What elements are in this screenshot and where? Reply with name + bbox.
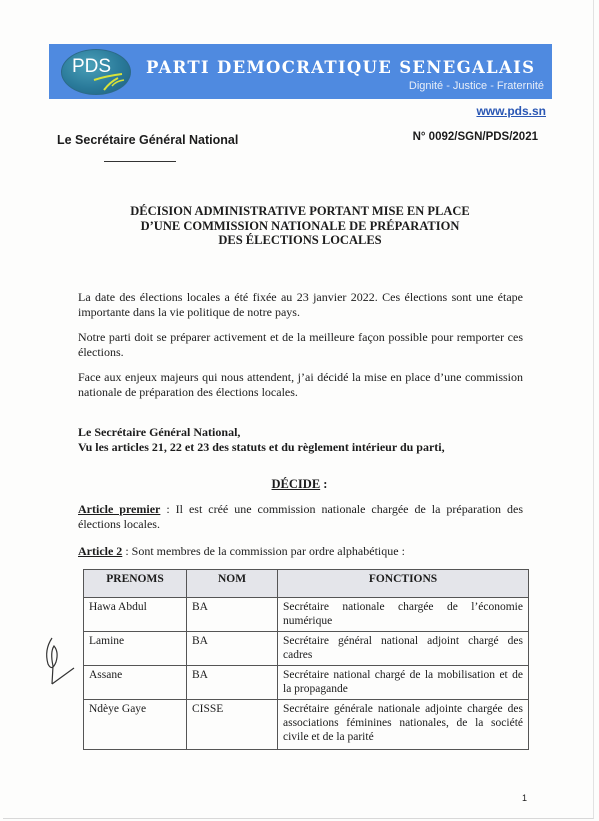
decide-colon: : (320, 477, 327, 491)
sender-underline (104, 161, 176, 162)
paragraph-3: Face aux enjeux majeurs qui nous attende… (78, 370, 523, 400)
leaf-icon (92, 72, 126, 92)
title-line-1: DÉCISION ADMINISTRATIVE PORTANT MISE EN … (100, 204, 500, 219)
preamble-line-1: Le Secrétaire Général National, (78, 425, 523, 440)
header-prenoms: PRENOMS (84, 570, 187, 598)
paragraph-2: Notre parti doit se préparer activement … (78, 330, 523, 360)
table-row: Assane BA Secrétaire national chargé de … (84, 666, 529, 700)
table-row: Hawa Abdul BA Secrétaire nationale charg… (84, 598, 529, 632)
table-row: Lamine BA Secrétaire général national ad… (84, 632, 529, 666)
cell-nom: BA (187, 632, 278, 666)
title-line-2: D’UNE COMMISSION NATIONALE DE PRÉPARATIO… (100, 219, 500, 234)
article-2-text: : Sont membres de la commission par ordr… (122, 544, 405, 558)
cell-nom: CISSE (187, 700, 278, 750)
party-name: PARTI DEMOCRATIQUE SENEGALAIS (146, 58, 535, 77)
article-2-label: Article 2 (78, 544, 122, 558)
website-link[interactable]: www.pds.sn (476, 104, 546, 118)
initials-signature-icon (40, 632, 80, 692)
cell-prenoms: Lamine (84, 632, 187, 666)
title-line-3: DES ÉLECTIONS LOCALES (100, 233, 500, 248)
article-1-label: Article premier (78, 502, 160, 516)
letterhead-banner: PDS PARTI DEMOCRATIQUE SENEGALAIS Dignit… (49, 44, 552, 99)
cell-fonctions: Secrétaire nationale chargée de l’économ… (278, 598, 529, 632)
page-number: 1 (522, 793, 527, 803)
preamble: Le Secrétaire Général National, Vu les a… (78, 425, 523, 455)
cell-nom: BA (187, 666, 278, 700)
cell-prenoms: Hawa Abdul (84, 598, 187, 632)
pds-logo: PDS (61, 49, 131, 95)
cell-fonctions: Secrétaire général national adjoint char… (278, 632, 529, 666)
table-row: Ndèye Gaye CISSE Secrétaire générale nat… (84, 700, 529, 750)
reference-number: N° 0092/SGN/PDS/2021 (413, 131, 538, 143)
decide-word: DÉCIDE (272, 477, 321, 491)
cell-fonctions: Secrétaire national chargé de la mobilis… (278, 666, 529, 700)
header-nom: NOM (187, 570, 278, 598)
header-fonctions: FONCTIONS (278, 570, 529, 598)
sender-title: Le Secrétaire Général National (57, 133, 238, 147)
decide-heading: DÉCIDE : (0, 477, 599, 492)
article-1: Article premier : Il est créé une commis… (78, 502, 523, 532)
table-header-row: PRENOMS NOM FONCTIONS (84, 570, 529, 598)
party-motto: Dignité - Justice - Fraternité (409, 80, 544, 92)
preamble-line-2: Vu les articles 21, 22 et 23 des statuts… (78, 440, 523, 455)
decision-title: DÉCISION ADMINISTRATIVE PORTANT MISE EN … (100, 204, 500, 248)
members-table: PRENOMS NOM FONCTIONS Hawa Abdul BA Secr… (83, 569, 529, 750)
article-2: Article 2 : Sont membres de la commissio… (78, 544, 523, 559)
paragraph-1: La date des élections locales a été fixé… (78, 290, 523, 320)
cell-nom: BA (187, 598, 278, 632)
cell-prenoms: Assane (84, 666, 187, 700)
cell-fonctions: Secrétaire générale nationale adjointe c… (278, 700, 529, 750)
cell-prenoms: Ndèye Gaye (84, 700, 187, 750)
